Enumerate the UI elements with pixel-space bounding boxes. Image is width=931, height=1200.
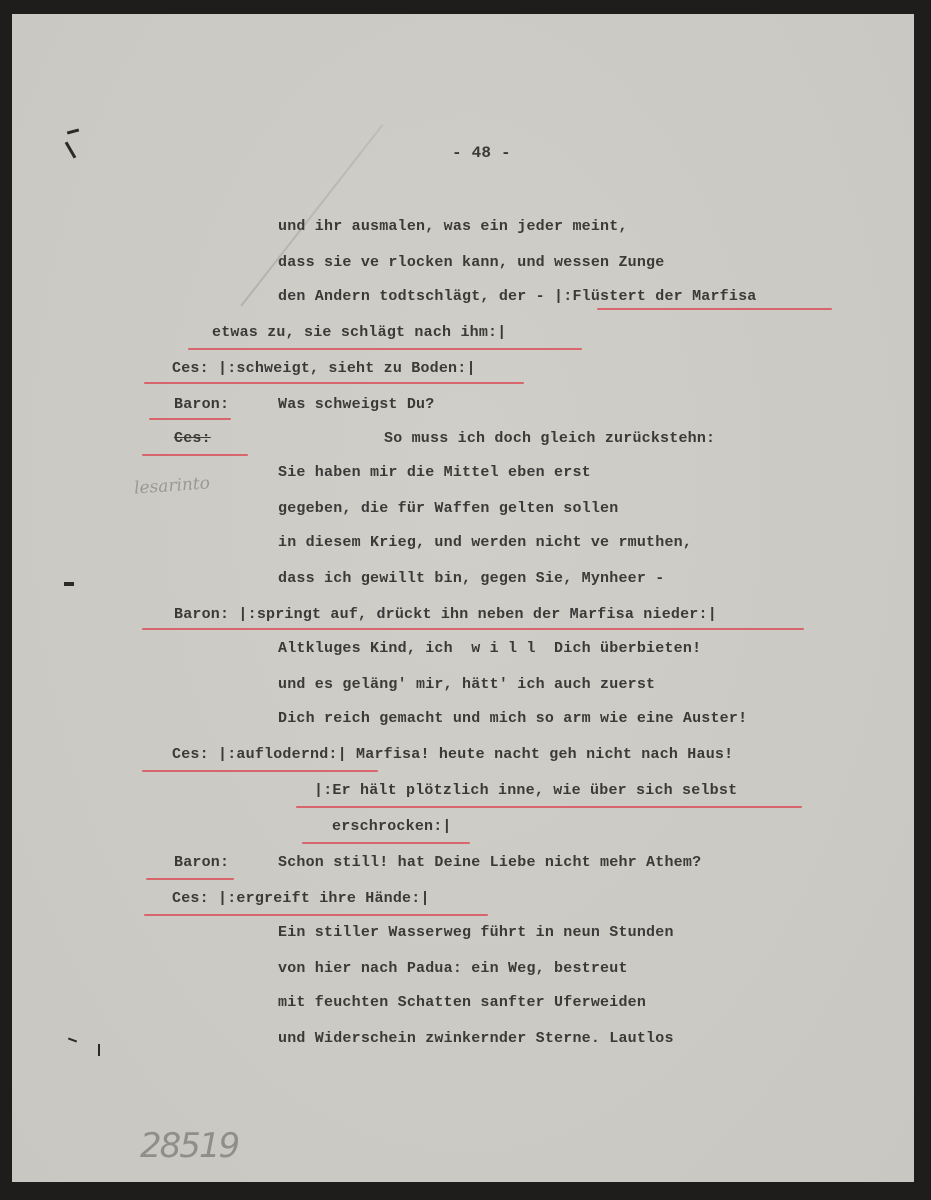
text-line: den Andern todtschlägt, der - |:Flüstert… xyxy=(278,288,756,306)
text-line: mit feuchten Schatten sanfter Uferweiden xyxy=(278,994,646,1012)
text-line: von hier nach Padua: ein Weg, bestreut xyxy=(278,960,628,978)
red-underline xyxy=(296,806,802,808)
margin-mark xyxy=(68,1038,77,1043)
line-text: den Andern todtschlägt, der - xyxy=(278,288,554,305)
red-underline xyxy=(142,454,248,456)
red-underline xyxy=(144,382,524,384)
red-underline xyxy=(188,348,582,350)
margin-mark xyxy=(64,582,74,586)
dialogue-line: Ces: |:auflodernd:| Marfisa! heute nacht… xyxy=(172,746,733,764)
line-text: Marfisa! heute nacht geh nicht nach Haus… xyxy=(347,746,733,763)
speaker-label: Ces: xyxy=(172,890,209,907)
speaker-label-struck: Ces: xyxy=(174,430,211,448)
text-line: und ihr ausmalen, was ein jeder meint, xyxy=(278,218,628,236)
pencil-stroke xyxy=(240,124,383,306)
speaker-label: Baron: xyxy=(174,606,229,623)
text-line: gegeben, die für Waffen gelten sollen xyxy=(278,500,618,518)
stage-direction: |:Flüstert der Marfisa xyxy=(554,288,756,305)
stage-direction: erschrocken:| xyxy=(332,818,452,836)
text-line: So muss ich doch gleich zurückstehn: xyxy=(384,430,715,448)
page-number: - 48 - xyxy=(452,144,511,162)
stage-direction: |:schweigt, sieht zu Boden:| xyxy=(218,360,476,377)
text-line: und Widerschein zwinkernder Sterne. Laut… xyxy=(278,1030,674,1048)
red-underline xyxy=(302,842,470,844)
speaker-label: Baron: xyxy=(174,854,229,872)
stage-direction: |:auflodernd:| xyxy=(218,746,347,763)
margin-mark xyxy=(67,128,79,134)
speaker-label: Ces: xyxy=(172,746,209,763)
stage-direction: |:springt auf, drückt ihn neben der Marf… xyxy=(238,606,716,623)
archive-number: 28519 xyxy=(140,1126,238,1166)
pencil-annotation: lesarinto xyxy=(133,473,210,498)
stage-direction: |:ergreift ihre Hände:| xyxy=(218,890,430,907)
margin-mark xyxy=(98,1044,100,1056)
red-underline xyxy=(142,770,378,772)
stage-direction: etwas zu, sie schlägt nach ihm:| xyxy=(212,324,506,342)
text-line: in diesem Krieg, und werden nicht ve rmu… xyxy=(278,534,692,552)
text-line: Was schweigst Du? xyxy=(278,396,434,414)
dialogue-line: Ces: |:schweigt, sieht zu Boden:| xyxy=(172,360,476,378)
speaker-label: Ces: xyxy=(172,360,209,377)
dialogue-line: Ces: |:ergreift ihre Hände:| xyxy=(172,890,430,908)
red-underline xyxy=(144,914,488,916)
dialogue-line: Baron: |:springt auf, drückt ihn neben d… xyxy=(174,606,717,624)
text-line: dass sie ve rlocken kann, und wessen Zun… xyxy=(278,254,664,272)
text-line: Dich reich gemacht und mich so arm wie e… xyxy=(278,710,747,728)
margin-mark xyxy=(65,141,77,158)
stage-direction: |:Er hält plötzlich inne, wie über sich … xyxy=(314,782,737,800)
red-underline xyxy=(597,308,832,310)
red-underline xyxy=(142,628,804,630)
text-line: dass ich gewillt bin, gegen Sie, Mynheer… xyxy=(278,570,664,588)
document-page: - 48 - und ihr ausmalen, was ein jeder m… xyxy=(12,14,914,1182)
text-line: Ein stiller Wasserweg führt in neun Stun… xyxy=(278,924,674,942)
text-line: Sie haben mir die Mittel eben erst xyxy=(278,464,591,482)
speaker-label: Baron: xyxy=(174,396,229,414)
red-underline xyxy=(146,878,234,880)
red-underline xyxy=(149,418,231,420)
text-line: und es geläng' mir, hätt' ich auch zuers… xyxy=(278,676,655,694)
text-line: Altkluges Kind, ich w i l l Dich überbie… xyxy=(278,640,701,658)
text-line: Schon still! hat Deine Liebe nicht mehr … xyxy=(278,854,701,872)
